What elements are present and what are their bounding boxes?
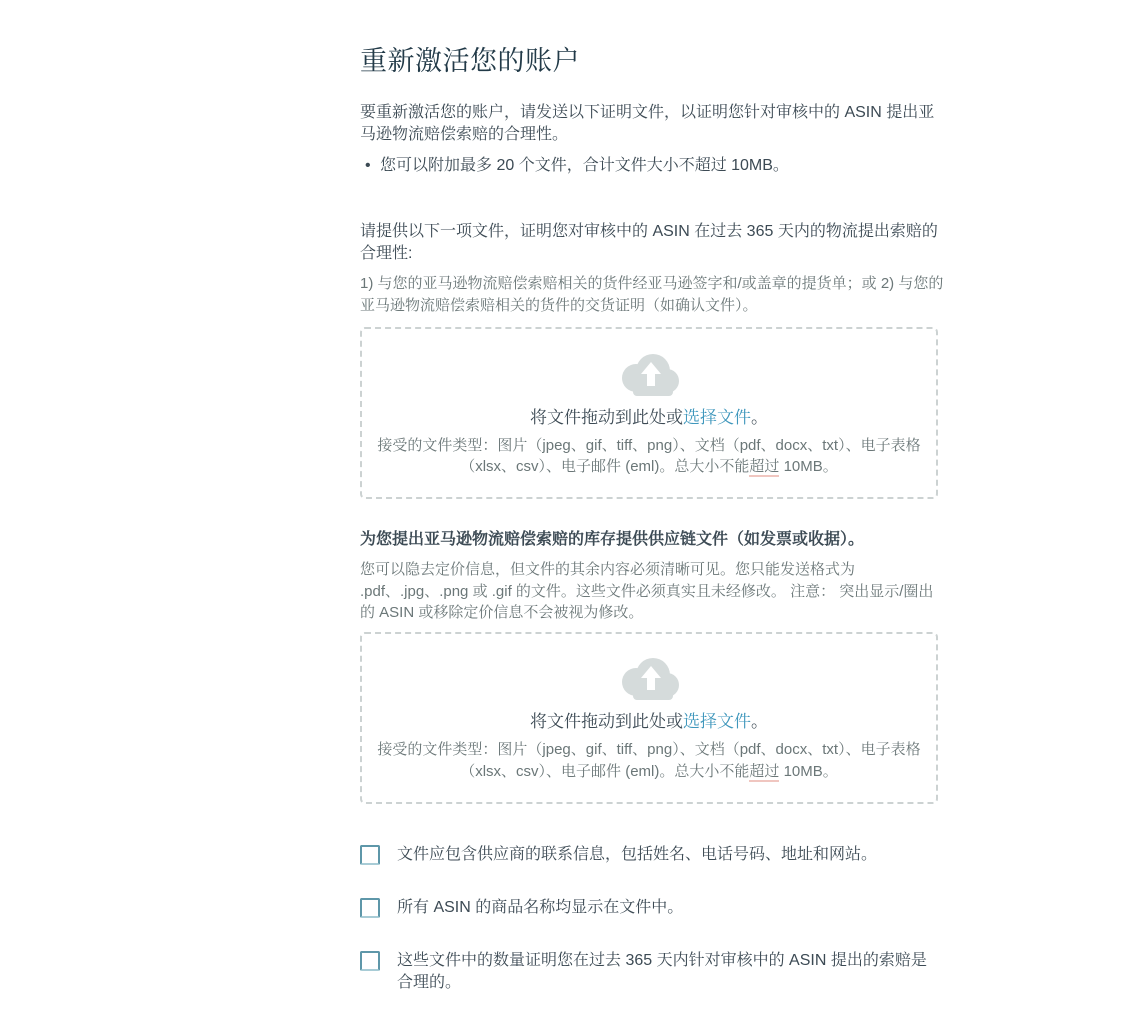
cloud-upload-icon xyxy=(617,349,681,396)
checkbox-label: 所有 ASIN 的商品名称均显示在文件中。 xyxy=(397,897,683,919)
check-row-asin-names: 所有 ASIN 的商品名称均显示在文件中。 xyxy=(360,897,944,919)
accept-underlined-word: 超过 xyxy=(749,458,779,477)
drag-text-period: 。 xyxy=(751,712,768,731)
accept-suffix: 10MB。 xyxy=(779,458,837,475)
page-title: 重新激活您的账户 xyxy=(360,44,944,78)
check-row-quantity-claims: 这些文件中的数量证明您在过去 365 天内针对审核中的 ASIN 提出的索赔是合… xyxy=(360,950,944,986)
choose-file-link-2[interactable]: 选择文件 xyxy=(683,712,751,731)
checkbox-label: 这些文件中的数量证明您在过去 365 天内针对审核中的 ASIN 提出的索赔是合… xyxy=(397,950,937,986)
intro-bullet-list: 您可以附加最多 20 个文件，合计文件大小不超过 10MB。 xyxy=(360,155,944,177)
intro-paragraph: 要重新激活您的账户，请发送以下证明文件，以证明您针对审核中的 ASIN 提出亚马… xyxy=(360,102,944,146)
accept-suffix: 10MB。 xyxy=(779,763,837,780)
dropzone-instruction: 将文件拖动到此处或选择文件。 xyxy=(530,711,768,733)
accept-prefix: 接受的文件类型：图片（jpeg、gif、tiff、png）、文档（pdf、doc… xyxy=(377,437,920,476)
accepted-file-types-text: 接受的文件类型：图片（jpeg、gif、tiff、png）、文档（pdf、doc… xyxy=(375,435,923,478)
main-content: 重新激活您的账户 要重新激活您的账户，请发送以下证明文件，以证明您针对审核中的 … xyxy=(360,0,944,985)
drag-text: 将文件拖动到此处或 xyxy=(530,712,683,731)
confirmation-checklist: 文件应包含供应商的联系信息，包括姓名、电话号码、地址和网站。 所有 ASIN 的… xyxy=(360,844,944,986)
checkbox-asin-names[interactable] xyxy=(360,898,380,918)
drag-text: 将文件拖动到此处或 xyxy=(530,408,683,427)
section-1-heading: 请提供以下一项文件，证明您对审核中的 ASIN 在过去 365 天内的物流提出索… xyxy=(360,221,944,265)
check-row-supplier-contact: 文件应包含供应商的联系信息，包括姓名、电话号码、地址和网站。 xyxy=(360,844,944,866)
accepted-file-types-text: 接受的文件类型：图片（jpeg、gif、tiff、png）、文档（pdf、doc… xyxy=(375,739,923,782)
file-dropzone-1[interactable]: 将文件拖动到此处或选择文件。 接受的文件类型：图片（jpeg、gif、tiff、… xyxy=(360,327,938,499)
cloud-upload-icon xyxy=(617,653,681,700)
choose-file-link-1[interactable]: 选择文件 xyxy=(683,408,751,427)
dropzone-instruction: 将文件拖动到此处或选择文件。 xyxy=(530,407,768,429)
section-1-description: 1) 与您的亚马逊物流赔偿索赔相关的货件经亚马逊签字和/或盖章的提货单；或 2)… xyxy=(360,273,944,316)
checkbox-supplier-contact[interactable] xyxy=(360,845,380,865)
section-2-description: 您可以隐去定价信息，但文件的其余内容必须清晰可见。您只能发送格式为 .pdf、.… xyxy=(360,559,944,624)
accept-prefix: 接受的文件类型：图片（jpeg、gif、tiff、png）、文档（pdf、doc… xyxy=(377,741,920,780)
checkbox-label: 文件应包含供应商的联系信息，包括姓名、电话号码、地址和网站。 xyxy=(397,844,877,866)
section-2-heading: 为您提出亚马逊物流赔偿索赔的库存提供供应链文件（如发票或收据）。 xyxy=(360,529,944,551)
file-dropzone-2[interactable]: 将文件拖动到此处或选择文件。 接受的文件类型：图片（jpeg、gif、tiff、… xyxy=(360,632,938,804)
intro-bullet-item: 您可以附加最多 20 个文件，合计文件大小不超过 10MB。 xyxy=(360,155,944,177)
drag-text-period: 。 xyxy=(751,408,768,427)
checkbox-quantity-claims[interactable] xyxy=(360,951,380,971)
accept-underlined-word: 超过 xyxy=(749,763,779,782)
